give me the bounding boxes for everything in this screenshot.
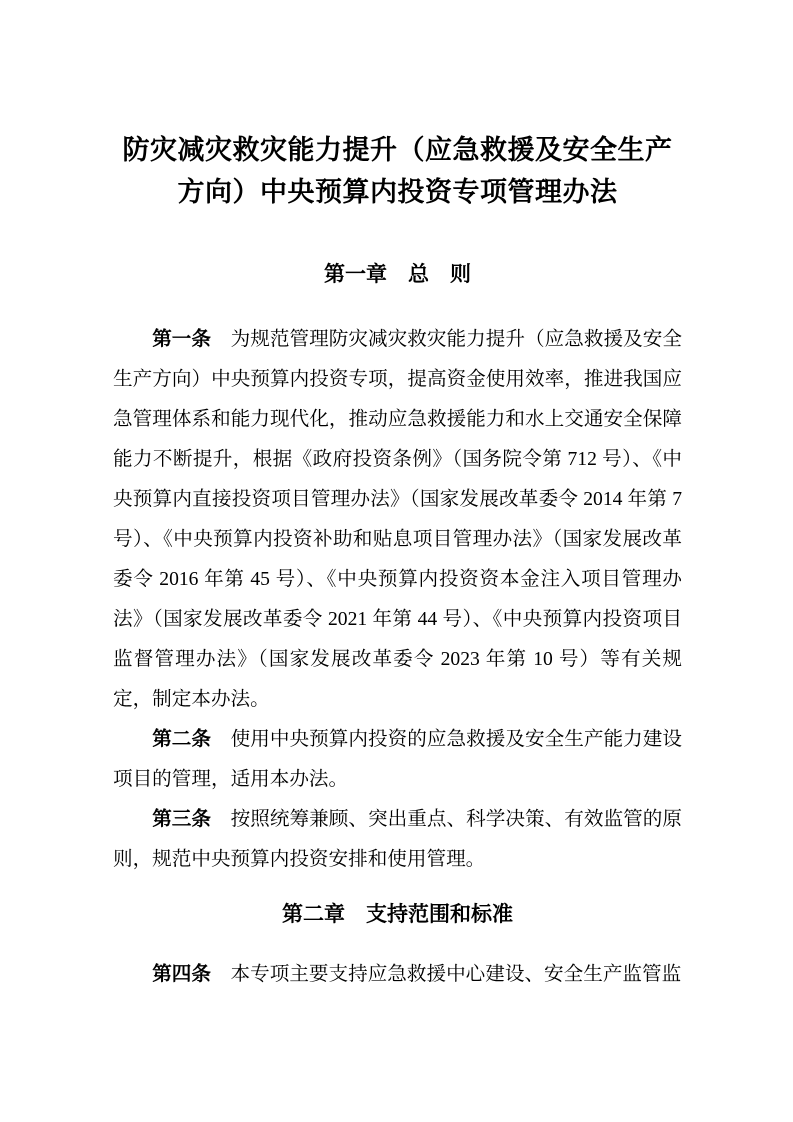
article-3-label: 第三条 <box>152 809 211 830</box>
document-title-line-2: 方向）中央预算内投资专项管理办法 <box>178 177 618 207</box>
article-1-text: 为规范管理防灾减灾救灾能力提升（应急救援及安全生产方向）中央预算内投资专项，提高… <box>113 329 682 710</box>
paragraph-article-2: 第二条 使用中央预算内投资的应急救援及安全生产能力建设项目的管理，适用本办法。 <box>113 720 682 800</box>
article-2-label: 第二条 <box>152 729 211 750</box>
article-4-label: 第四条 <box>152 964 211 985</box>
section-chapter-2: 第二章 支持范围和标准 第四条 本专项主要支持应急救援中心建设、安全生产监管监 <box>113 895 682 995</box>
paragraph-article-3: 第三条 按照统筹兼顾、突出重点、科学决策、有效监管的原则，规范中央预算内投资安排… <box>113 800 682 880</box>
paragraph-article-1: 第一条 为规范管理防灾减灾救灾能力提升（应急救援及安全生产方向）中央预算内投资专… <box>113 320 682 720</box>
section-chapter-1: 第一章 总 则 第一条 为规范管理防灾减灾救灾能力提升（应急救援及安全生产方向）… <box>113 255 682 880</box>
article-4-text: 本专项主要支持应急救援中心建设、安全生产监管监 <box>211 964 681 985</box>
article-1-label: 第一条 <box>152 329 211 350</box>
paragraph-article-4: 第四条 本专项主要支持应急救援中心建设、安全生产监管监 <box>113 955 682 995</box>
document-page: 防灾减灾救灾能力提升（应急救援及安全生产方向）中央预算内投资专项管理办法 第一章… <box>0 0 793 1122</box>
chapter-1-heading: 第一章 总 则 <box>113 255 682 295</box>
chapter-2-heading: 第二章 支持范围和标准 <box>113 895 682 935</box>
document-title-line-1: 防灾减灾救灾能力提升（应急救援及安全生产 <box>123 135 673 165</box>
document-title: 防灾减灾救灾能力提升（应急救援及安全生产方向）中央预算内投资专项管理办法 <box>113 129 682 213</box>
